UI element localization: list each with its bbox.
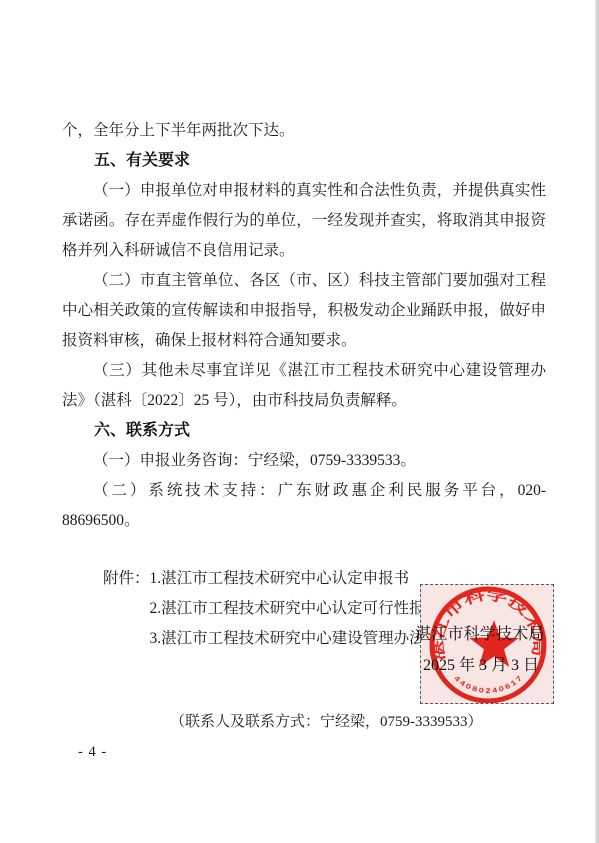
official-seal: 湛江市科学技术局 4408024061712 [420,584,554,704]
section5-paragraph-1: （一）申报单位对申报材料的真实性和合法性负责，并提供真实性承诺函。存在弄虚作假行… [62,176,546,266]
page-number: - 4 - [78,744,107,761]
page-edge-shadow [595,0,599,843]
seal-graphic: 湛江市科学技术局 4408024061712 [421,585,553,703]
signature-agency: 湛江市科学技术局 [415,621,545,644]
section6-paragraph-1: （一）申报业务咨询：宁经梁，0759-3339533。 [62,446,546,476]
section6-heading: 六、联系方式 [62,416,546,446]
paragraph-continuation: 个，全年分上下半年两批次下达。 [62,116,546,146]
attachments-label: 附件： [103,564,150,594]
footer-contact-note: （联系人及联系方式：宁经梁，0759-3339533） [170,710,483,731]
section5-heading: 五、有关要求 [62,146,546,176]
signature-date: 2025 年 3 月 3 日 [423,652,539,675]
section6-paragraph-2: （二）系统技术支持：广东财政惠企利民服务平台，020-88696500。 [62,476,546,536]
body-content: 个，全年分上下半年两批次下达。 五、有关要求 （一）申报单位对申报材料的真实性和… [62,116,546,654]
section5-paragraph-3: （三）其他未尽事宜详见《湛江市工程技术研究中心建设管理办法》（湛科〔2022〕2… [62,356,546,416]
section5-paragraph-2: （二）市直主管单位、各区（市、区）科技主管部门要加强对工程中心相关政策的宣传解读… [62,266,546,356]
